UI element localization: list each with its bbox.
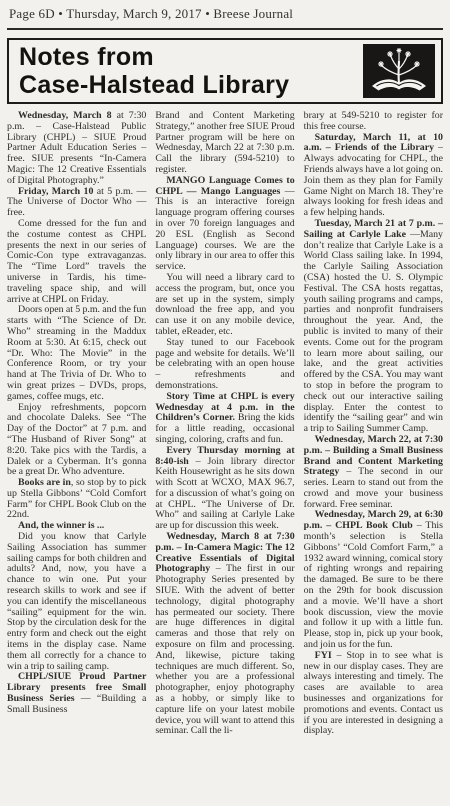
article-paragraph: Wednesday, March 22, at 7:30 p.m. – Buil… (304, 435, 443, 511)
masthead-box: Notes from Case-Halstead Library (7, 38, 443, 104)
article-paragraph: Doors open at 5 p.m. and the fun starts … (7, 305, 146, 402)
article-paragraph: Stay tuned to our Facebook page and webs… (155, 338, 294, 392)
article-paragraph: Wednesday, March 8 at 7:30 p.m. – Case-H… (7, 111, 146, 187)
page-header: Page 6D • Thursday, March 9, 2017 • Bree… (7, 5, 443, 28)
article-paragraph: You will need a library card to access t… (155, 273, 294, 338)
newspaper-page: Page 6D • Thursday, March 9, 2017 • Bree… (0, 0, 450, 806)
article-paragraph: Wednesday, March 29, at 6:30 p.m. – CHPL… (304, 510, 443, 650)
article-column-3: brary at 549-5210 to register for this f… (304, 111, 443, 737)
article-paragraph: MANGO Language Comes to CHPL — Mango Lan… (155, 176, 294, 273)
article-column-1: Wednesday, March 8 at 7:30 p.m. – Case-H… (7, 111, 146, 737)
library-logo-icon (363, 44, 435, 98)
article-paragraph: Did you know that Carlyle Sailing Associ… (7, 532, 146, 672)
article-paragraph: CHPL/SIUE Proud Partner Library presents… (7, 672, 146, 715)
article-paragraph: FYI – Stop in to see what is new in our … (304, 651, 443, 737)
article-paragraph: Story Time at CHPL is every Wednesday at… (155, 392, 294, 446)
article-paragraph: Every Thursday morning at 8:40-ish – Joi… (155, 446, 294, 532)
article-paragraph: Brand and Content Marketing Strategy,” a… (155, 111, 294, 176)
masthead-title: Notes from Case-Halstead Library (19, 43, 289, 99)
article-paragraph: Come dressed for the fun and the costume… (7, 219, 146, 305)
masthead-title-line2: Case-Halstead Library (19, 71, 289, 99)
article-paragraph: Saturday, March 11, at 10 a.m. – Friends… (304, 133, 443, 219)
article-paragraph: Wednesday, March 8 at 7:30 p.m. – In-Cam… (155, 532, 294, 737)
article-body: Wednesday, March 8 at 7:30 p.m. – Case-H… (7, 111, 443, 737)
article-paragraph: Books are in, so stop by to pick up Stel… (7, 478, 146, 521)
article-paragraph: Tuesday, March 21 at 7 p.m. – Sailing at… (304, 219, 443, 435)
article-column-2: Brand and Content Marketing Strategy,” a… (155, 111, 294, 737)
header-rule (7, 28, 443, 30)
article-paragraph: Friday, March 10 at 5 p.m. — The Univers… (7, 187, 146, 219)
masthead-title-line1: Notes from (19, 43, 289, 71)
article-paragraph: brary at 549-5210 to register for this f… (304, 111, 443, 133)
article-paragraph: Enjoy refreshments, popcorn and chocolat… (7, 403, 146, 479)
